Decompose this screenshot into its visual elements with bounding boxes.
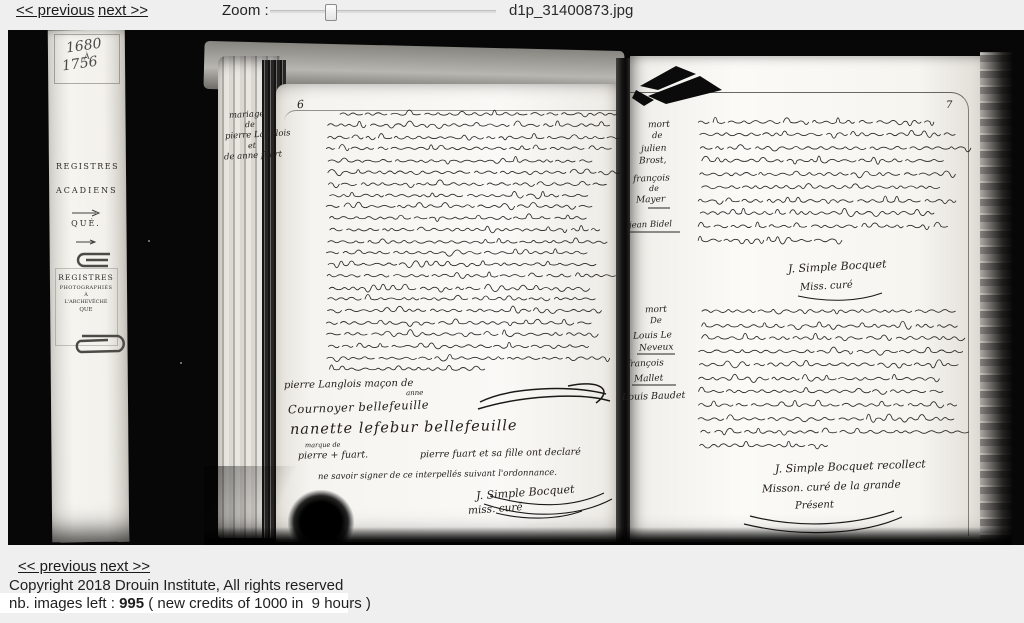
handwritten-text: L'ARCHEVÊCHÉ — [56, 299, 116, 305]
handwritten-text: pierre Langlois — [225, 128, 291, 141]
handwritten-text: de — [649, 184, 659, 193]
handwritten-text: 7 — [946, 100, 952, 111]
next-link-bottom[interactable]: next >> — [100, 558, 150, 575]
handwritten-text: françois — [627, 358, 664, 369]
handwritten-text: de — [652, 131, 663, 141]
handwritten-text: REGISTRES — [56, 273, 116, 282]
handwritten-text: J. Simple Bocquet — [476, 483, 575, 503]
next-link-top[interactable]: next >> — [98, 2, 148, 19]
images-left-count: 995 — [119, 595, 144, 612]
zoom-slider-thumb[interactable] — [325, 4, 337, 21]
handwritten-text: Mayer — [636, 194, 666, 205]
handwritten-text: J. Simple Bocquet recollect — [775, 457, 926, 475]
handwritten-text: nanette lefebur bellefeuille — [290, 418, 518, 438]
handwritten-text: ne savoir signer de ce interpellés suiva… — [318, 468, 557, 482]
handwritten-text: Louis Le — [633, 330, 672, 341]
handwritten-text: Louis Baudet — [622, 390, 686, 403]
handwritten-text: marque de — [305, 441, 341, 450]
handwritten-text: mort — [645, 305, 667, 316]
handwritten-text: Neveux — [639, 342, 674, 353]
handwritten-text: Cournoyer bellefeuille — [288, 398, 429, 417]
handwritten-text: ACADIENS — [56, 186, 116, 195]
handwritten-text: À — [56, 292, 116, 298]
images-left-label: nb. images left : — [9, 595, 119, 612]
credits-renewal-note: ( new credits of 1000 in 9 hours ) — [144, 595, 371, 612]
previous-link-top[interactable]: << previous — [16, 2, 94, 19]
handwritten-text: De — [650, 316, 662, 326]
handwritten-text: 1756 — [61, 54, 99, 75]
handwritten-text: jean Bidel — [629, 219, 672, 230]
handwritten-text: miss. curé — [468, 501, 523, 517]
handwritten-text: J. Simple Bocquet — [788, 257, 887, 275]
handwritten-text: Mallet — [634, 373, 664, 384]
handwriting-text-layer: 1680À1756REGISTRESACADIENSQUÉ.REGISTRESP… — [8, 30, 1024, 545]
handwritten-text: QUÉ. — [56, 219, 116, 228]
handwritten-text: anne — [406, 389, 424, 398]
handwritten-text: Misson. curé de la grande — [762, 479, 901, 496]
handwritten-text: de anne fuart — [224, 149, 283, 162]
filename-label: d1p_31400873.jpg — [509, 2, 633, 19]
zoom-slider[interactable] — [270, 10, 496, 13]
handwritten-text: pierre + fuart. — [298, 449, 368, 461]
handwritten-text: Brost, — [639, 156, 667, 167]
handwritten-text: françois — [633, 173, 670, 184]
handwritten-text: julien — [641, 144, 667, 155]
handwritten-text: pierre Langlois maçon de — [284, 378, 414, 391]
handwritten-text: de — [245, 120, 255, 130]
handwritten-text: Miss. curé — [800, 280, 853, 294]
copyright-notice: Copyright 2018 Drouin Institute, All rig… — [9, 577, 343, 594]
drouin-image-viewer: << previous next >> Zoom : d1p_31400873.… — [0, 0, 1024, 623]
handwritten-text: pierre fuart et sa fille ont declaré — [420, 447, 581, 461]
handwritten-text: 6 — [297, 98, 305, 111]
handwritten-text: REGISTRES — [56, 162, 116, 171]
register-photo: 1680À1756REGISTRESACADIENSQUÉ.REGISTRESP… — [8, 30, 1024, 545]
previous-link-bottom[interactable]: << previous — [18, 558, 96, 575]
handwritten-text: Présent — [795, 499, 834, 511]
zoom-label: Zoom : — [222, 2, 269, 19]
handwritten-text: PHOTOGRAPHIÉS — [56, 285, 116, 291]
handwritten-text: mort — [648, 120, 670, 131]
handwritten-text: QUE — [56, 307, 116, 313]
finger-shadow — [288, 490, 354, 542]
credits-line: nb. images left : 995 ( new credits of 1… — [9, 595, 371, 612]
handwritten-text: et — [248, 141, 256, 150]
